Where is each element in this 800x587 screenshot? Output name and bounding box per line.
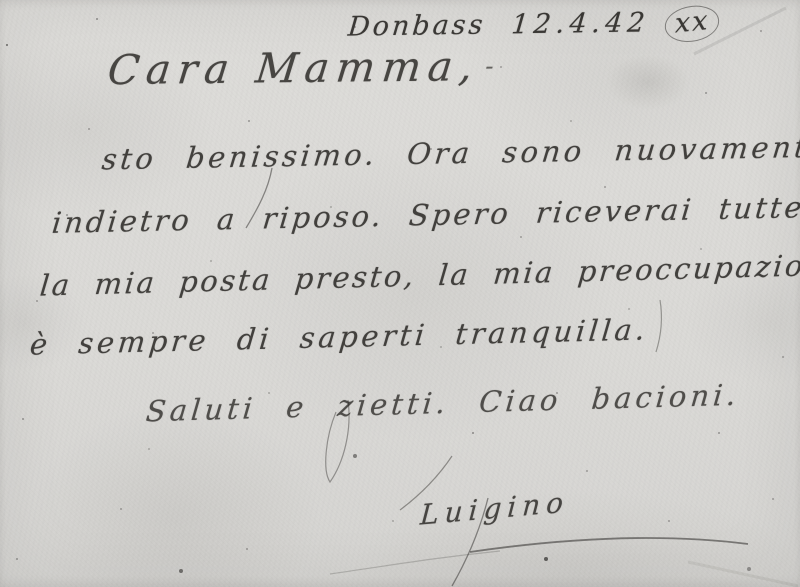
letter-scan: Donbass12.4.42xx Cara Mamma,- sto beniss… — [0, 0, 800, 587]
salutation-dash: - — [484, 52, 502, 80]
place-name: Donbass — [347, 10, 487, 43]
dateline: Donbass12.4.42xx — [346, 5, 721, 46]
date: 12.4.42 — [510, 7, 651, 40]
salutation: Cara Mamma,- — [105, 42, 503, 94]
salutation-text: Cara Mamma, — [105, 42, 482, 94]
era-mark-circled: xx — [665, 3, 720, 44]
